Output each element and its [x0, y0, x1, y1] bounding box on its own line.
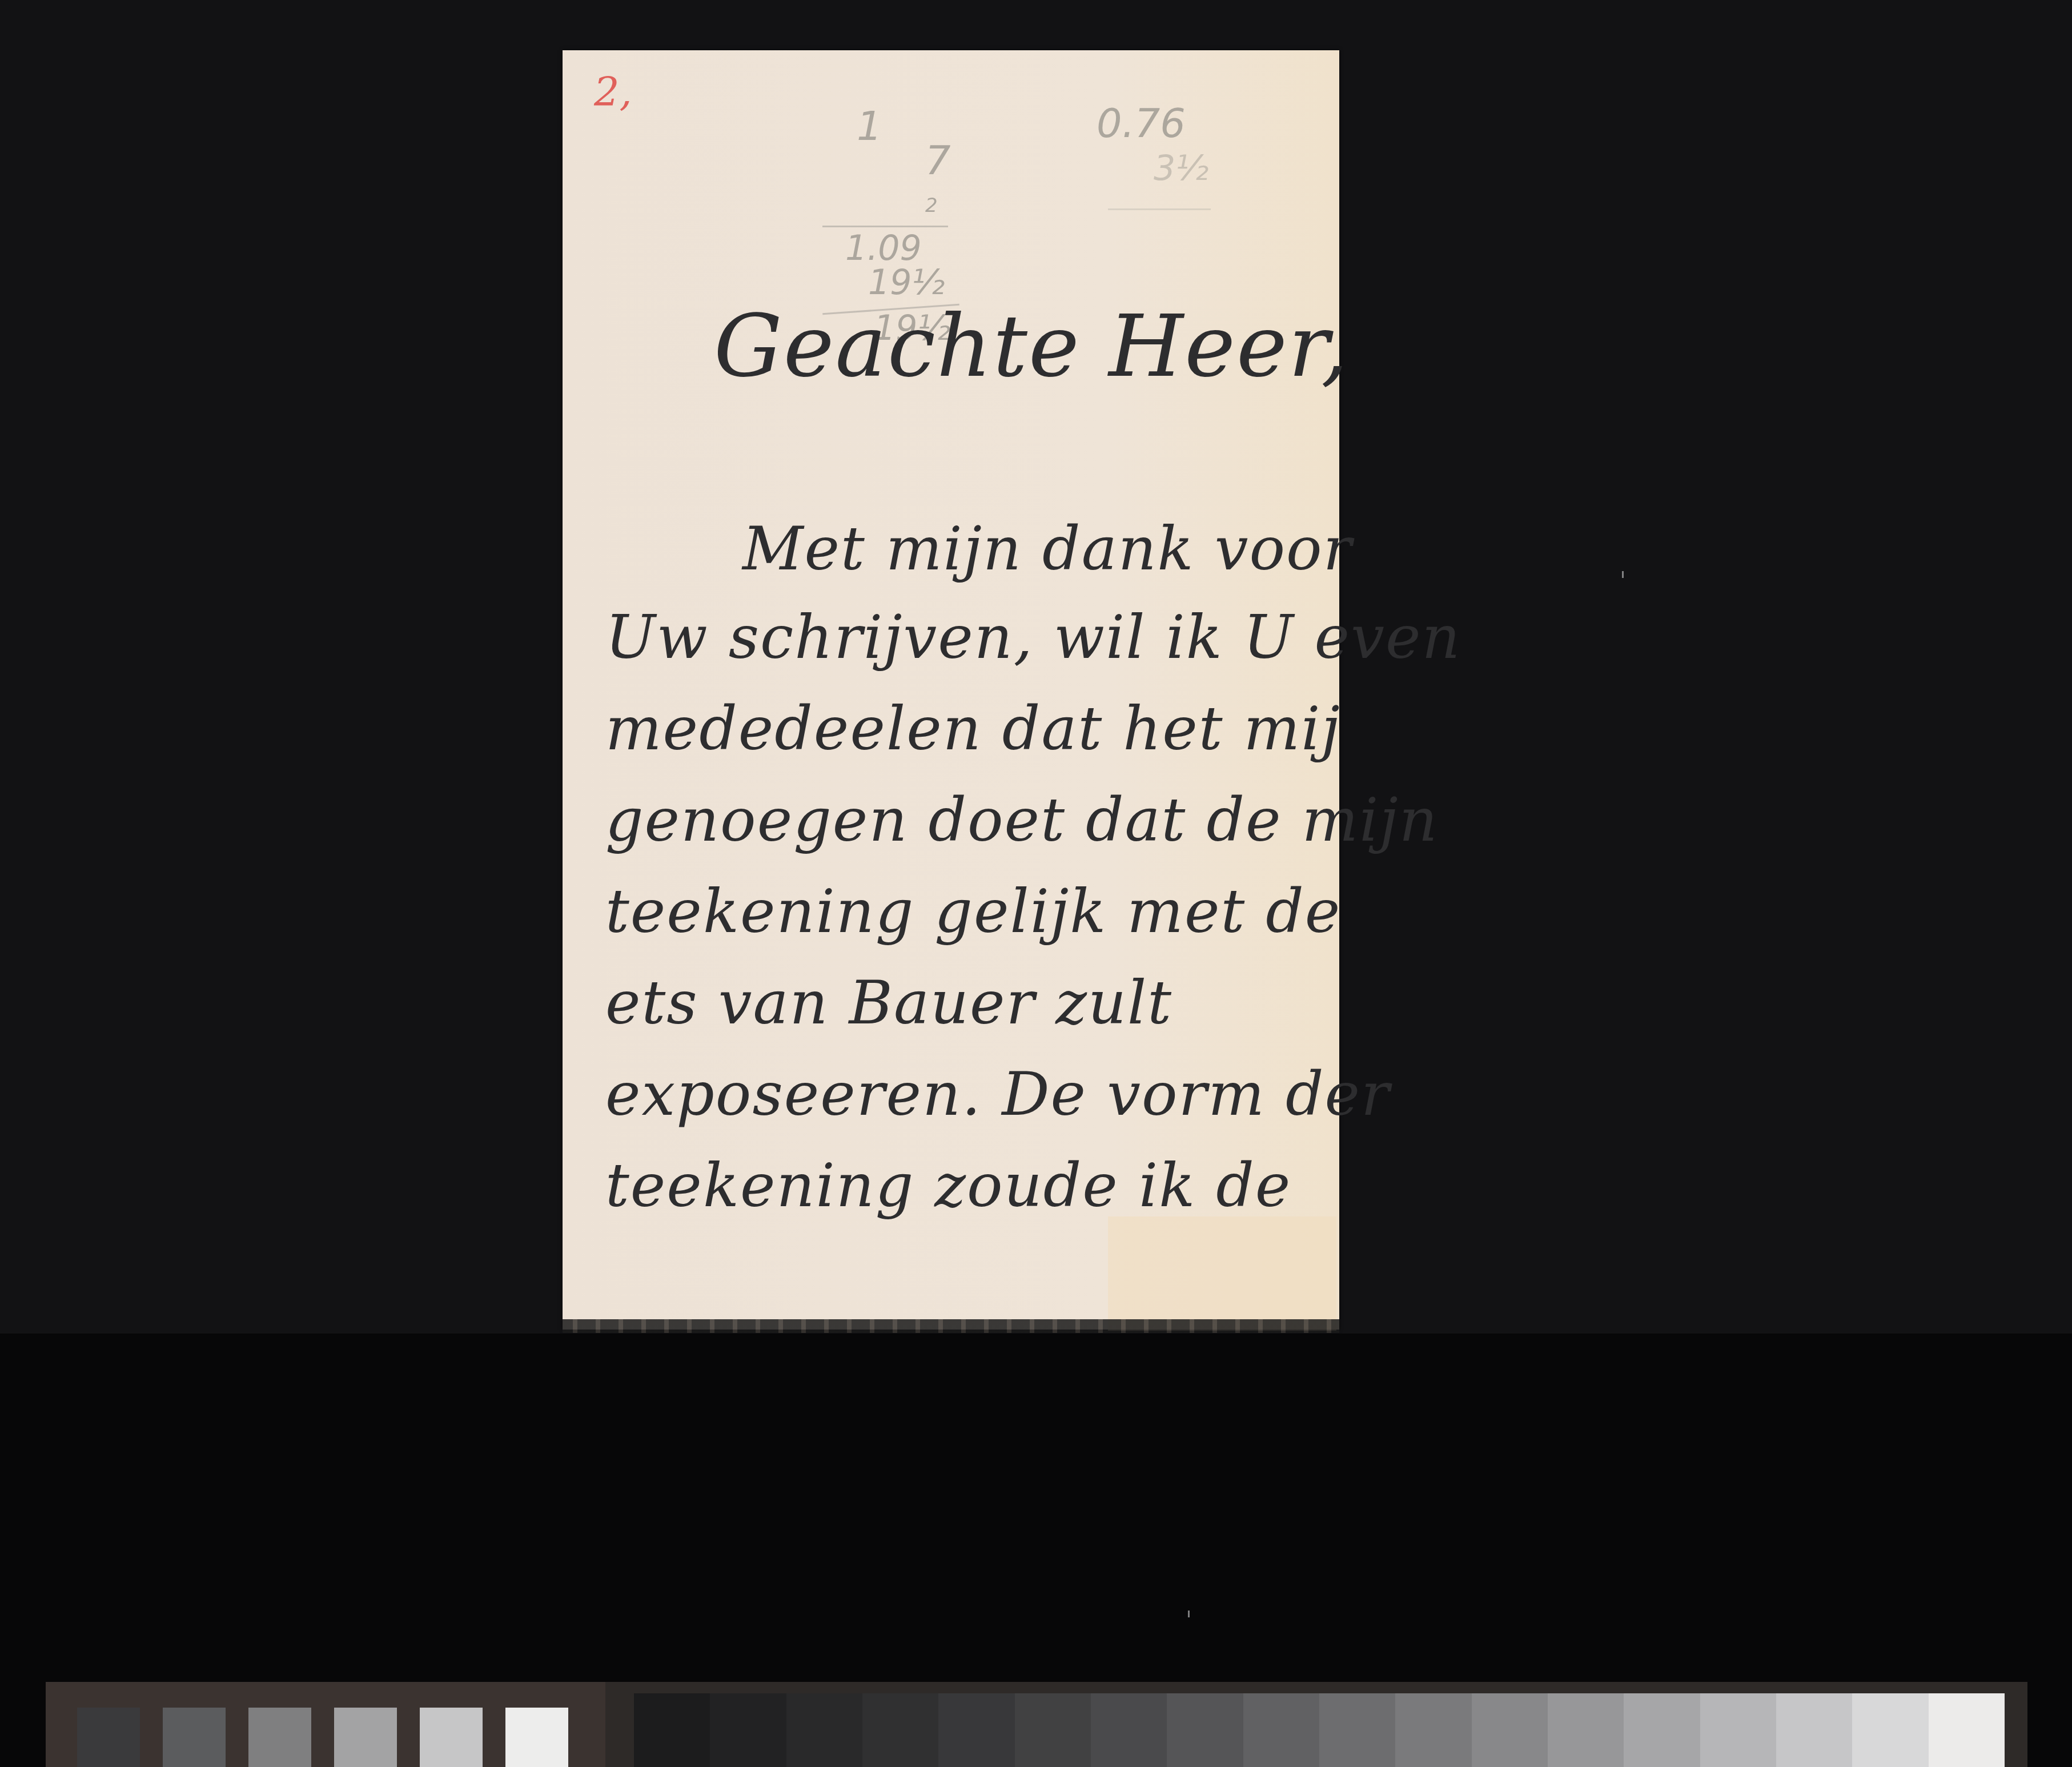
paper-discoloration [1108, 1216, 1336, 1331]
gray-step [1548, 1693, 1624, 1767]
letter-line: teekening gelijk met de [605, 877, 1341, 946]
pencil-note: 7 [925, 137, 951, 184]
folio-number: 2, [594, 69, 632, 115]
gray-patch [505, 1708, 568, 1767]
salutation: Geachte Heer, [714, 297, 1350, 396]
gray-patch [334, 1708, 397, 1767]
gray-step [938, 1693, 1014, 1767]
deckled-edge [563, 1319, 1339, 1333]
pencil-note: 3½ [1154, 148, 1208, 188]
pencil-rule [822, 226, 948, 227]
letter-line: exposeeren. De vorm der [605, 1059, 1391, 1129]
gray-step [1472, 1693, 1548, 1767]
letter-line: genoegen doet dat de mijn [605, 785, 1439, 855]
gray-step [1319, 1693, 1395, 1767]
gray-step [786, 1693, 862, 1767]
gray-step [1015, 1693, 1091, 1767]
gray-patch [163, 1708, 226, 1767]
gray-step [1243, 1693, 1319, 1767]
gray-step [634, 1693, 710, 1767]
lint-speck [1188, 1611, 1190, 1617]
pencil-rule [1108, 208, 1211, 210]
gray-step [1167, 1693, 1243, 1767]
pencil-note: 2 [925, 194, 938, 217]
gray-patch [77, 1708, 140, 1767]
gray-patch [248, 1708, 311, 1767]
gray-step [1776, 1693, 1852, 1767]
gray-step [1624, 1693, 1700, 1767]
gray-step [1852, 1693, 1928, 1767]
letter-line: Uw schrijven, wil ik U even [605, 603, 1461, 672]
gray-step [862, 1693, 938, 1767]
gray-step [1929, 1693, 2005, 1767]
gray-step [1700, 1693, 1776, 1767]
letter-line: Met mijn dank voor [742, 514, 1352, 584]
gray-step [1091, 1693, 1167, 1767]
pencil-note: 1 [857, 103, 882, 150]
gray-step [710, 1693, 786, 1767]
letter-line: teekening zoude ik de [605, 1151, 1291, 1220]
letter-line: mededeelen dat het mij [605, 694, 1341, 764]
gray-step [1395, 1693, 1471, 1767]
letter-sheet [563, 50, 1339, 1330]
grayscale-step-wedge [634, 1693, 2005, 1767]
pencil-note: 0.76 [1097, 100, 1186, 147]
lint-speck [1622, 571, 1624, 578]
letter-line: ets van Bauer zult [605, 968, 1172, 1038]
gray-patch [420, 1708, 483, 1767]
